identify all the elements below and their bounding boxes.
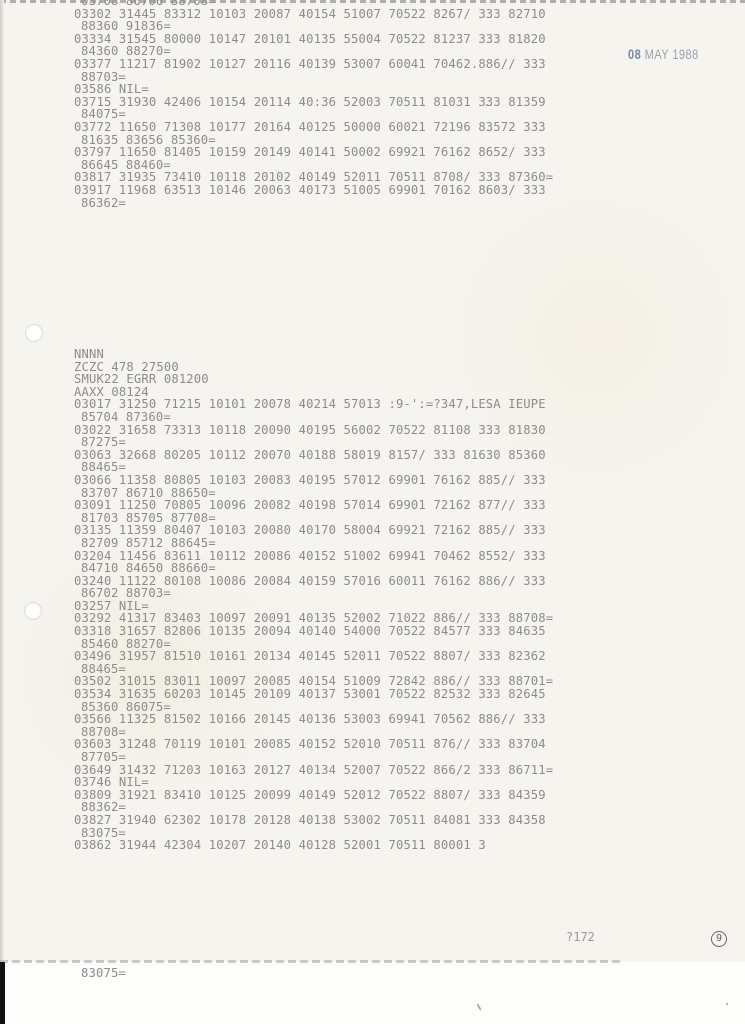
continuation-line: 82709 85712 88645= [74, 537, 553, 550]
station-report-line: 03022 31658 73313 10118 20090 40195 5600… [74, 424, 553, 437]
torn-bottom-edge [0, 960, 620, 963]
date-received-stamp: 08 MAY 1988 [628, 47, 699, 62]
continuation-line: 87705= [74, 751, 553, 764]
punch-hole-bottom [24, 602, 42, 620]
station-report-line: 03377 11217 81902 10127 20116 40139 5300… [74, 58, 553, 71]
station-report-line: 03772 11650 71308 10177 20164 40125 5000… [74, 121, 553, 134]
trailing-group: 83075= [74, 967, 126, 980]
bulletin-section-1: 03708 86706 88708=03302 31445 83312 1010… [74, 0, 553, 209]
dust-mark [726, 1003, 728, 1005]
punch-hole-top [25, 324, 43, 342]
station-report-line: 03534 31635 60203 10145 20109 40137 5300… [74, 688, 553, 701]
bulletin-section-2: NNNNZCZC 478 27500SMUK22 EGRR 081200AAXX… [74, 348, 553, 852]
station-report-line: 03586 NIL= [74, 83, 553, 96]
station-report-line: 03066 11358 80805 10103 20083 40195 5701… [74, 474, 553, 487]
bulletin-header-line: NNNN [74, 348, 553, 361]
scan-border [0, 962, 5, 1024]
dust-mark [486, 104, 488, 106]
dust-mark [476, 1003, 482, 1011]
station-report-line: 03603 31248 70119 10101 20085 40152 5201… [74, 738, 553, 751]
station-report-line: 03746 NIL= [74, 776, 553, 789]
bulletin-header-line: SMUK22 EGRR 081200 [74, 373, 553, 386]
station-report-line: 03797 11650 81405 10159 20149 40141 5000… [74, 146, 553, 159]
bulletin-trailing-line: 83075= [74, 942, 126, 1005]
station-report-line: 03063 32668 80205 10112 20070 40188 5801… [74, 449, 553, 462]
station-report-line: 03827 31940 62302 10178 20128 40138 5300… [74, 814, 553, 827]
station-report-line: 03809 31921 83410 10125 20099 40149 5201… [74, 789, 553, 802]
station-report-line: 03496 31957 81510 10161 20134 40145 5201… [74, 650, 553, 663]
station-report-line: 03862 31944 42304 10207 20140 40128 5200… [74, 839, 553, 852]
continuation-line: 87275= [74, 436, 553, 449]
continuation-line: 85704 87360= [74, 411, 553, 424]
handwritten-note: ?172 [566, 930, 595, 944]
printout-sheet: 03708 86706 88708=03302 31445 83312 1010… [0, 0, 745, 962]
circled-page-number: 9 [711, 931, 727, 947]
stamp-month-year: MAY 1988 [645, 47, 699, 62]
continuation-line: 86362= [74, 197, 553, 210]
station-report-line: 03566 11325 81502 10166 20145 40136 5300… [74, 713, 553, 726]
continuation-line: 88360 91836= [74, 20, 553, 33]
page-edge-shadow [0, 0, 4, 962]
continuation-line: 86702 88703= [74, 587, 553, 600]
station-report-line: 03091 11250 70805 10096 20082 40198 5701… [74, 499, 553, 512]
station-report-line: 03917 11968 63513 10146 20063 40173 5100… [74, 184, 553, 197]
continuation-line: 84710 84650 88660= [74, 562, 553, 575]
station-report-line: 03318 31657 82806 10135 20094 40140 5400… [74, 625, 553, 638]
stamp-day: 08 [628, 47, 641, 62]
station-report-line: 03715 31930 42406 10154 20114 40:36 5200… [74, 96, 553, 109]
